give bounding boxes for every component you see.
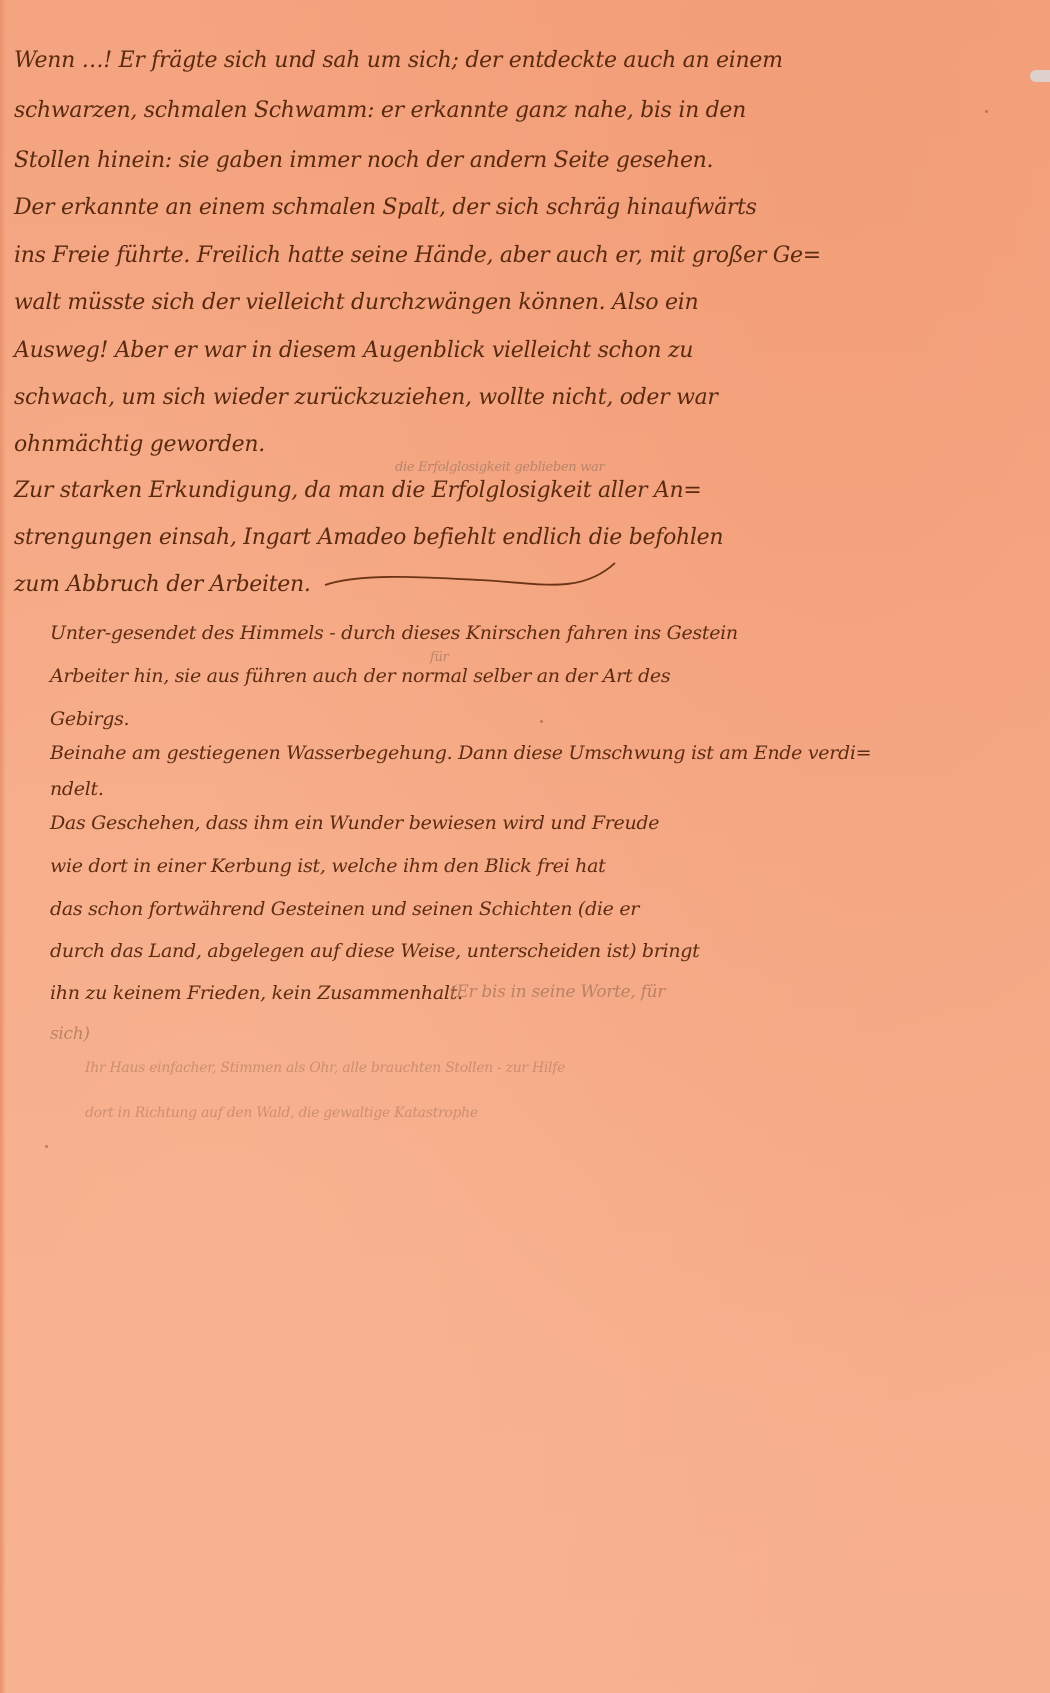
text-line: zum Abbruch der Arbeiten. xyxy=(14,572,311,597)
text-line: Gebirgs. xyxy=(50,708,129,730)
text-line: Unter-gesendet des Himmels - durch diese… xyxy=(50,622,738,644)
text-line: strengungen einsah, Ingart Amadeo befieh… xyxy=(14,525,723,550)
text-line: walt müsste sich der vielleicht durchzwä… xyxy=(14,290,698,315)
pencil-line: dort in Richtung auf den Wald, die gewal… xyxy=(85,1105,478,1121)
manuscript-page: Wenn …! Er frägte sich und sah um sich; … xyxy=(0,0,1050,1693)
text-line: Der erkannte an einem schmalen Spalt, de… xyxy=(14,195,757,220)
interlinear-insertion: die Erfolglosigkeit geblieben war xyxy=(395,460,604,475)
text-line: Zur starken Erkundigung, da man die Erfo… xyxy=(14,478,701,503)
text-line: Stollen hinein: sie gaben immer noch der… xyxy=(14,148,713,173)
divider-flourish xyxy=(320,555,620,595)
text-line: das schon fortwährend Gesteinen und sein… xyxy=(50,898,639,920)
text-line: schwach, um sich wieder zurückzuziehen, … xyxy=(14,385,718,410)
text-line: wie dort in einer Kerbung ist, welche ih… xyxy=(50,855,605,877)
paper-speck xyxy=(985,110,988,113)
interlinear-insertion: für xyxy=(430,650,449,665)
text-line: Ausweg! Aber er war in diesem Augenblick… xyxy=(14,338,693,363)
pencil-addendum: sich) xyxy=(50,1024,90,1044)
paper-corner-tear xyxy=(1030,70,1050,82)
text-line: ndelt. xyxy=(50,778,104,800)
paper-speck xyxy=(540,720,543,723)
text-line: Beinahe am gestiegenen Wasserbegehung. D… xyxy=(50,742,871,764)
text-line: durch das Land, abgelegen auf diese Weis… xyxy=(50,940,699,962)
text-line: ohnmächtig geworden. xyxy=(14,432,265,457)
text-line: Das Geschehen, dass ihm ein Wunder bewie… xyxy=(50,812,659,834)
text-line: Arbeiter hin, sie aus führen auch der no… xyxy=(50,665,670,687)
paper-speck xyxy=(45,1145,48,1148)
text-line: ihn zu keinem Frieden, kein Zusammenhalt… xyxy=(50,982,463,1004)
text-line: Wenn …! Er frägte sich und sah um sich; … xyxy=(14,48,783,73)
text-line: ins Freie führte. Freilich hatte seine H… xyxy=(14,243,821,268)
pencil-addendum: (Er bis in seine Worte, für xyxy=(450,982,665,1002)
pencil-line: Ihr Haus einfacher, Stimmen als Ohr, all… xyxy=(85,1060,565,1076)
text-line: schwarzen, schmalen Schwamm: er erkannte… xyxy=(14,98,746,123)
paper-edge xyxy=(0,0,6,1693)
